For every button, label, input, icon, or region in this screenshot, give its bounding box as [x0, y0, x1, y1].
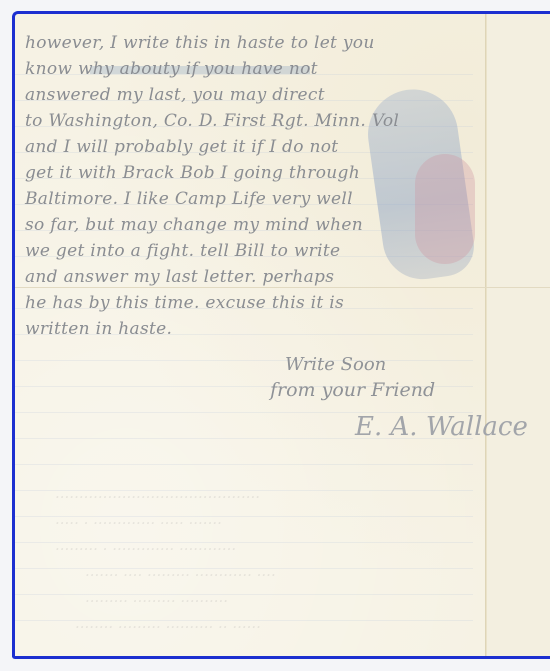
- letter-body: however, I write this in haste to let yo…: [25, 30, 475, 342]
- letter-line: and I will probably get it if I do not: [25, 134, 475, 160]
- bleed-through-text: ..... . ............. ..... .......: [55, 510, 222, 528]
- closing-from-friend: from your Friend: [270, 379, 435, 401]
- vertical-fold-crease: [485, 14, 487, 656]
- bleed-through-text: ........ ......... .......... .. ......: [75, 614, 261, 632]
- ruled-line: [15, 464, 473, 465]
- letter-line: to Washington, Co. D. First Rgt. Minn. V…: [25, 108, 475, 134]
- letter-line: and answer my last letter. perhaps: [25, 264, 475, 290]
- adjacent-page-edge: [487, 14, 550, 656]
- letter-line: know why abouty if you have not: [25, 56, 475, 82]
- letter-line: Baltimore. I like Camp Life very well: [25, 186, 475, 212]
- letter-line: we get into a fight. tell Bill to write: [25, 238, 475, 264]
- letter-line: written in haste.: [25, 316, 475, 342]
- signature: E. A. Wallace: [355, 412, 528, 442]
- closing-write-soon: Write Soon: [285, 354, 386, 375]
- letter-page: however, I write this in haste to let yo…: [12, 11, 550, 659]
- bleed-through-text: ......... ......... ..........: [85, 588, 228, 606]
- letter-line: he has by this time. excuse this it is: [25, 290, 475, 316]
- letter-line: answered my last, you may direct: [25, 82, 475, 108]
- ruled-line: [15, 594, 473, 595]
- ruled-line: [15, 360, 473, 361]
- bleed-through-text: ........................................…: [55, 484, 260, 502]
- bleed-through-text: ......... . ............. ............: [55, 536, 236, 554]
- letter-line: get it with Brack Bob I going through: [25, 160, 475, 186]
- bleed-through-text: ....... .... ......... ............ ....: [85, 562, 276, 580]
- letter-line: however, I write this in haste to let yo…: [25, 30, 475, 56]
- letter-line: so far, but may change my mind when: [25, 212, 475, 238]
